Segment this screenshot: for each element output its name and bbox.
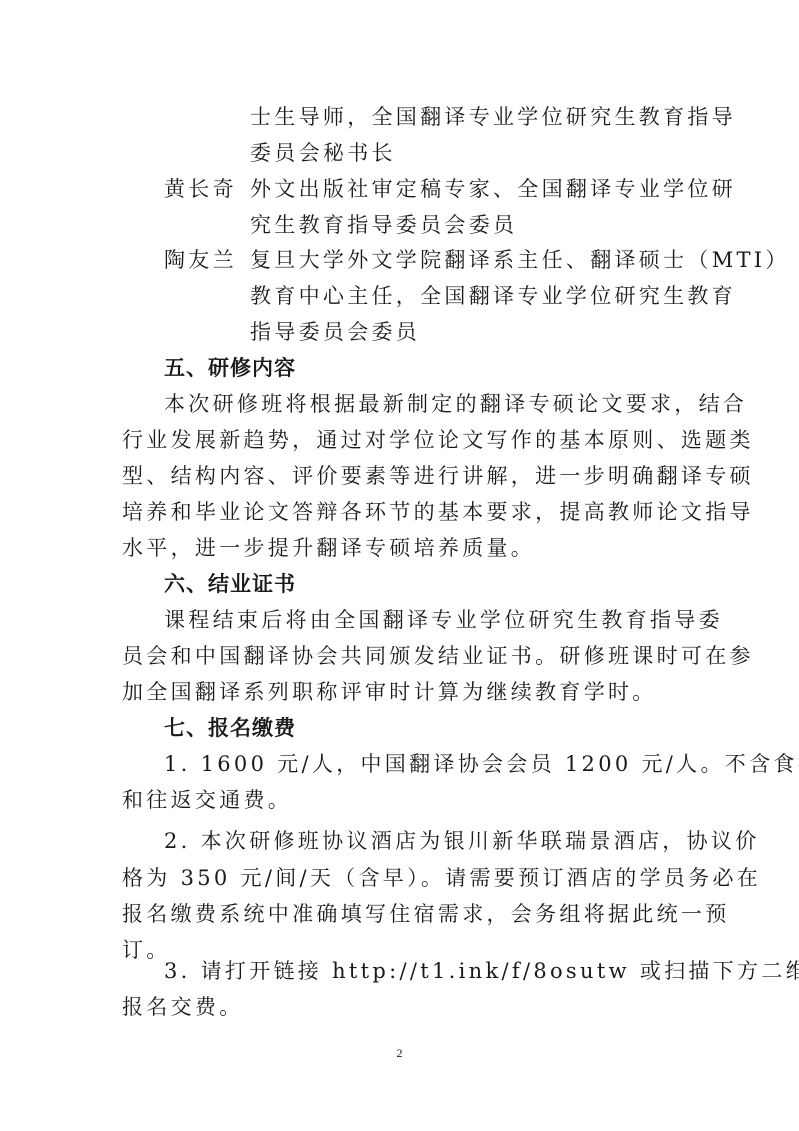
text-line: 士生导师，全国翻译专业学位研究生教育指导 [250, 103, 736, 131]
paragraph-line: 型、结构内容、评价要素等进行讲解，进一步明确翻译专硕 [122, 462, 754, 490]
text-line: 委员会秘书长 [250, 139, 396, 167]
paragraph-line: 报名交费。 [122, 993, 244, 1021]
paragraph-line: 课程结束后将由全国翻译专业学位研究生教育指导委 [164, 606, 723, 634]
paragraph-line: 1. 1600 元/人，中国翻译协会会员 1200 元/人。不含食宿 [164, 750, 799, 778]
paragraph-line: 和往返交通费。 [122, 786, 292, 814]
text-line: 复旦大学外文学院翻译系主任、翻译硕士（MTI） [250, 246, 790, 274]
text-line: 指导委员会委员 [250, 318, 420, 346]
paragraph-line: 员会和中国翻译协会共同颁发结业证书。研修班课时可在参 [122, 642, 754, 670]
text-line: 黄长奇 [164, 175, 237, 203]
paragraph-line: 3. 请打开链接 http://t1.ink/f/8osutw 或扫描下方二维码 [164, 957, 799, 985]
paragraph-line: 本次研修班将根据最新制定的翻译专硕论文要求，结合 [164, 390, 747, 418]
paragraph-line: 水平，进一步提升翻译专硕培养质量。 [122, 534, 535, 562]
paragraph-line: 加全国翻译系列职称评审时计算为继续教育学时。 [122, 678, 657, 706]
text-line: 究生教育指导委员会委员 [250, 211, 517, 239]
paragraph-line: 行业发展新趋势，通过对学位论文写作的基本原则、选题类 [122, 426, 754, 454]
paragraph-line: 2. 本次研修班协议酒店为银川新华联瑞景酒店，协议价 [164, 827, 760, 855]
page-number: 2 [0, 1046, 799, 1061]
text-line: 外文出版社审定稿专家、全国翻译专业学位研 [250, 175, 736, 203]
paragraph-line: 格为 350 元/间/天（含早）。请需要预订酒店的学员务必在 [122, 864, 761, 892]
section-heading: 七、报名缴费 [164, 714, 296, 742]
paragraph-line: 报名缴费系统中准确填写住宿需求，会务组将据此统一预 [122, 900, 730, 928]
section-heading: 六、结业证书 [164, 570, 296, 598]
paragraph-line: 培养和毕业论文答辩各环节的基本要求，提高教师论文指导 [122, 498, 754, 526]
text-line: 陶友兰 [164, 246, 237, 274]
text-line: 教育中心主任，全国翻译专业学位研究生教育 [250, 282, 736, 310]
section-heading: 五、研修内容 [164, 354, 296, 382]
